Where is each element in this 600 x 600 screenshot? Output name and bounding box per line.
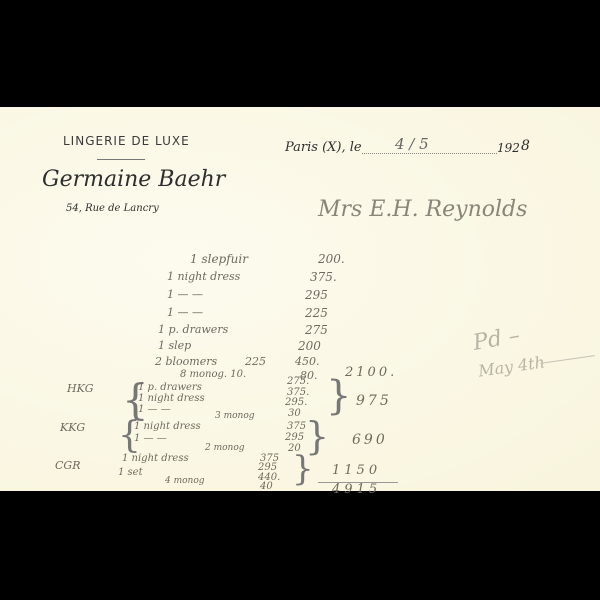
group-line: 1 set bbox=[118, 467, 143, 478]
group-line: 1 p. drawers bbox=[138, 382, 202, 393]
group-line: 1 night dress bbox=[122, 453, 189, 464]
item-unit-price: 225 bbox=[245, 355, 266, 368]
group-monog: 2 monog bbox=[205, 443, 245, 453]
group-price: 40 bbox=[260, 481, 273, 492]
pencil-note-date: May 4th bbox=[477, 352, 546, 380]
group-total: 975 bbox=[356, 393, 392, 409]
brace-right: } bbox=[326, 373, 351, 419]
dateline-place: Paris (X), le bbox=[285, 140, 362, 155]
recipient-name: Mrs E.H. Reynolds bbox=[318, 197, 527, 222]
item-desc: 1 night dress bbox=[167, 270, 240, 283]
group-line: 1 night dress bbox=[134, 421, 201, 432]
date-year-suffix: 8 bbox=[521, 138, 530, 154]
letterhead-category: LINGERIE DE LUXE bbox=[63, 134, 190, 148]
group-monog: 4 monog bbox=[165, 476, 205, 486]
group-line: 1 — — bbox=[134, 433, 167, 444]
group-label: CGR bbox=[55, 459, 81, 472]
item-desc: 1 — — bbox=[167, 288, 203, 301]
item-price: 295 bbox=[305, 288, 328, 302]
item-desc: 2 bloomers bbox=[155, 355, 217, 368]
group-price: 295. bbox=[285, 397, 307, 408]
item-desc: 1 — — bbox=[167, 306, 203, 319]
item-price: 225 bbox=[305, 306, 328, 320]
item-price: 200. bbox=[318, 252, 345, 266]
item-desc: 1 slep bbox=[158, 339, 191, 352]
item-price: 275 bbox=[305, 323, 328, 337]
item-price: 375. bbox=[310, 270, 337, 284]
company-address: 54, Rue de Lancry bbox=[66, 203, 159, 214]
group-price: 275. bbox=[287, 376, 309, 387]
group-label: KKG bbox=[60, 421, 85, 434]
group-total: 1150 bbox=[332, 463, 381, 478]
group-price: 30 bbox=[288, 408, 301, 419]
date-day-month: 4 / 5 bbox=[395, 135, 429, 153]
pencil-note-paid: Pd – bbox=[471, 323, 522, 356]
item-desc: 1 slepfuir bbox=[190, 252, 248, 266]
item-desc: 1 p. drawers bbox=[158, 323, 228, 336]
group-total: 690 bbox=[352, 432, 388, 448]
grand-total: 4915 bbox=[332, 482, 381, 497]
item-price: 200 bbox=[298, 339, 321, 353]
date-year-prefix: 192 bbox=[497, 141, 520, 155]
group-line: 1 night dress bbox=[138, 393, 205, 404]
letter-paper: LINGERIE DE LUXE Germaine Baehr 54, Rue … bbox=[0, 107, 600, 491]
brace-right: } bbox=[292, 449, 314, 489]
group-label: HKG bbox=[67, 382, 94, 395]
pencil-underline bbox=[540, 355, 595, 364]
item-price: 450. bbox=[295, 355, 320, 368]
group-price: 295 bbox=[285, 432, 304, 443]
group-line: 1 — — bbox=[138, 404, 171, 415]
group-monog: 3 monog bbox=[215, 411, 255, 421]
group-price: 375 bbox=[287, 421, 306, 432]
date-line bbox=[362, 153, 497, 154]
company-name: Germaine Baehr bbox=[42, 167, 225, 192]
ornament-divider bbox=[97, 159, 145, 160]
subtotal-main: 2100. bbox=[345, 365, 397, 380]
item-desc: 8 monog. 10. bbox=[180, 369, 246, 380]
